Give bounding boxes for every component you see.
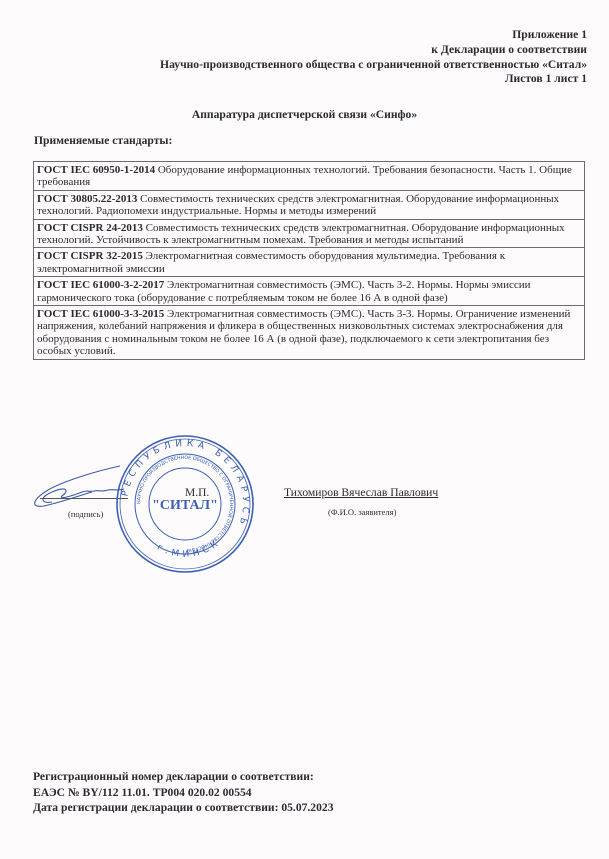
company-stamp: РЕСПУБЛИКА БЕЛАРУСЬ НАУЧНО-ПРОИЗВОДСТВЕН… [114,433,256,575]
stamp-center-text: "СИТАЛ" [152,498,218,513]
standard-cell: ГОСТ IEC 61000-3-3-2015 Электромагнитная… [34,306,585,360]
document-title: Аппаратура диспетчерской связи «Синфо» [0,108,609,121]
standard-code: ГОСТ IEC 60950-1-2014 [37,164,155,176]
appendix-number: Приложение 1 [160,28,587,43]
registration-label: Регистрационный номер декларации о соотв… [33,769,334,785]
sheet-count: Листов 1 лист 1 [160,72,587,87]
standard-row: ГОСТ CISPR 24-2013 Совместимость техниче… [34,219,585,248]
standards-table: ГОСТ IEC 60950-1-2014 Оборудование инфор… [33,161,585,360]
applied-standards-label: Применяемые стандарты: [34,134,172,147]
standard-code: ГОСТ CISPR 24-2013 [37,222,143,234]
standard-cell: ГОСТ IEC 60950-1-2014 Оборудование инфор… [34,162,585,191]
standard-row: ГОСТ CISPR 32-2015 Электромагнитная совм… [34,248,585,277]
standard-row: ГОСТ IEC 61000-3-3-2015 Электромагнитная… [34,306,585,360]
applicant-caption: (Ф.И.О. заявителя) [328,507,396,517]
registration-date: Дата регистрации декларации о соответств… [33,800,334,816]
standard-cell: ГОСТ 30805.22-2013 Совместимость техниче… [34,190,585,219]
standard-row: ГОСТ IEC 61000-3-2-2017 Электромагнитная… [34,277,585,306]
document-header: Приложение 1 к Декларации о соответствии… [160,28,587,87]
standard-code: ГОСТ IEC 61000-3-3-2015 [37,308,164,320]
standard-row: ГОСТ 30805.22-2013 Совместимость техниче… [34,190,585,219]
signature-caption: (подпись) [68,509,103,519]
seal-label: М.П. [185,487,209,499]
standard-code: ГОСТ 30805.22-2013 [37,193,137,205]
company-name: Научно-производственного общества с огра… [160,58,587,73]
standard-cell: ГОСТ CISPR 24-2013 Совместимость техниче… [34,219,585,248]
appendix-reference: к Декларации о соответствии [160,43,587,58]
standard-code: ГОСТ CISPR 32-2015 [37,250,143,262]
applicant-name: Тихомиров Вячеслав Павлович [284,486,438,499]
standard-code: ГОСТ IEC 61000-3-2-2017 [37,279,164,291]
standard-cell: ГОСТ CISPR 32-2015 Электромагнитная совм… [34,248,585,277]
standard-row: ГОСТ IEC 60950-1-2014 Оборудование инфор… [34,162,585,191]
registration-info: Регистрационный номер декларации о соотв… [33,769,334,816]
standard-cell: ГОСТ IEC 61000-3-2-2017 Электромагнитная… [34,277,585,306]
registration-number: ЕАЭС № BY/112 11.01. ТР004 020.02 00554 [33,785,334,801]
